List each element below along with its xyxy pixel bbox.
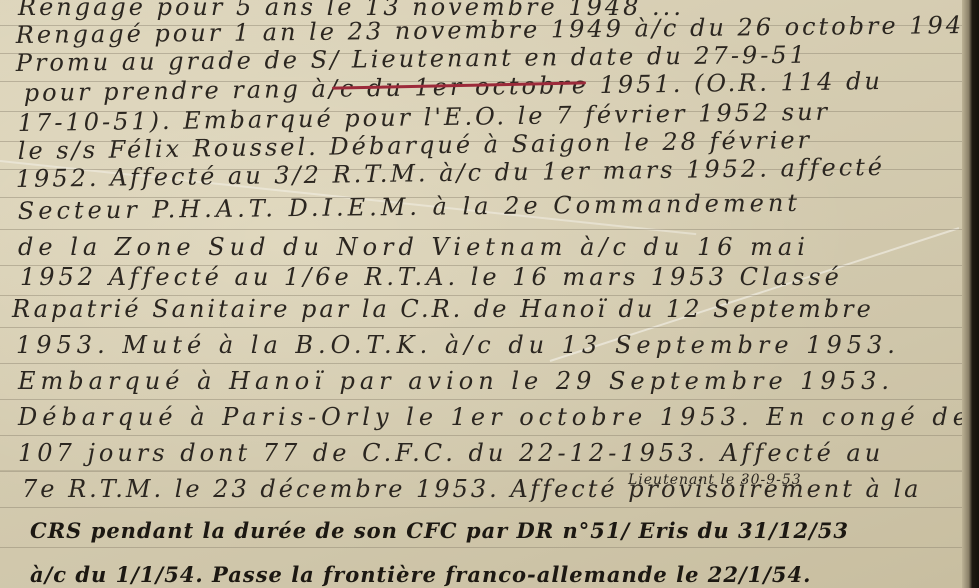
interlinear-annotation: Lieutenant le 30-9-53 [628,472,802,488]
record-line: 107 jours dont 77 de C.F.C. du 22-12-195… [0,434,962,472]
line-text: Rapatrié Sanitaire par la C.R. de Hanoï … [12,295,874,323]
line-text: de la Zone Sud du Nord Vietnam à/c du 16… [18,233,810,261]
record-line: Embarqué à Hanoï par avion le 29 Septemb… [0,362,962,400]
page-edge-shadow [962,0,979,588]
record-line: CRS pendant la durée de son CFC par DR n… [0,510,962,548]
record-line: Secteur P.H.A.T. D.I.E.M. à la 2e Comman… [0,192,962,230]
line-text: à/c du 1/1/54. Passe la frontière franco… [30,562,811,587]
line-text: Secteur P.H.A.T. D.I.E.M. à la 2e Comman… [18,189,801,225]
line-text: 1953. Muté à la B.O.T.K. à/c du 13 Septe… [16,331,900,359]
record-line: 7e R.T.M. le 23 décembre 1953. Affecté p… [0,470,962,508]
line-text: CRS pendant la durée de son CFC par DR n… [30,518,849,543]
line-text: Débarqué à Paris-Orly le 1er octobre 195… [18,403,962,431]
record-line: à/c du 1/1/54. Passe la frontière franco… [0,554,962,588]
line-text: 1952 Affecté au 1/6e R.T.A. le 16 mars 1… [20,263,843,291]
record-line: 1953. Muté à la B.O.T.K. à/c du 13 Septe… [0,326,962,364]
record-line: Rapatrié Sanitaire par la C.R. de Hanoï … [0,290,962,328]
record-page: Rengagé pour 5 ans le 13 novembre 1948 .… [0,0,962,588]
record-line: Débarqué à Paris-Orly le 1er octobre 195… [0,398,962,436]
line-text: Embarqué à Hanoï par avion le 29 Septemb… [18,367,894,395]
line-text: 107 jours dont 77 de C.F.C. du 22-12-195… [18,439,884,467]
